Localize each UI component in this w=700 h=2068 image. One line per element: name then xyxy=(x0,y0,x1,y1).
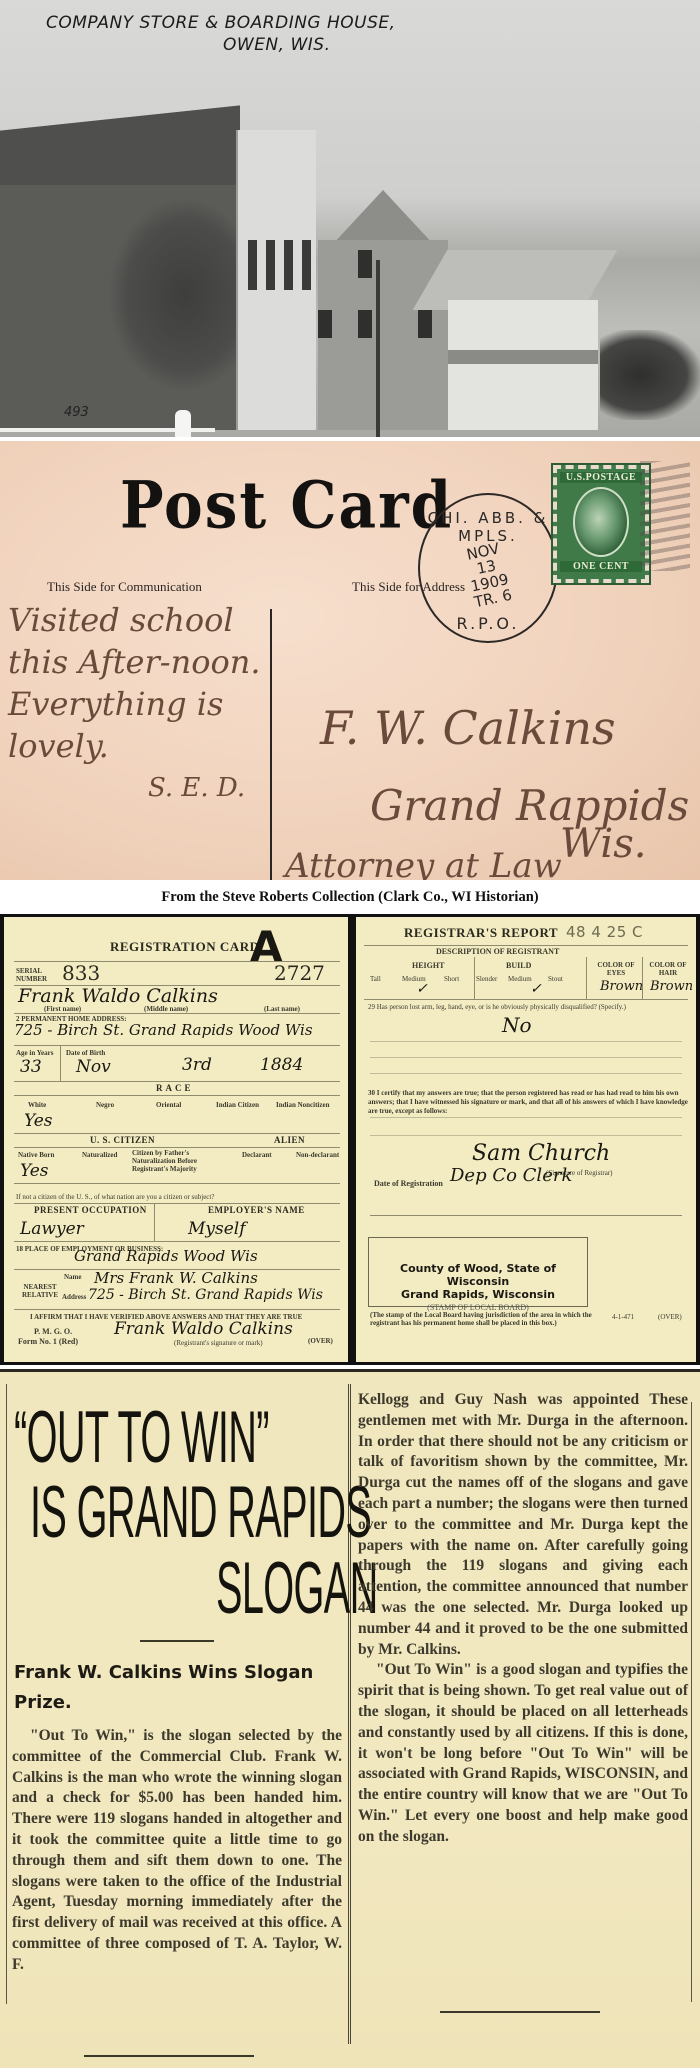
postcard-back: Post Card This Side for Communication Th… xyxy=(0,441,700,880)
age-label: Age in Years xyxy=(16,1049,53,1057)
name-caption: (First name) xyxy=(44,1005,81,1013)
name-caption: (Last name) xyxy=(264,1005,300,1013)
race-column: Indian Noncitizen xyxy=(276,1101,329,1109)
addressee-name: F. W. Calkins xyxy=(320,701,616,755)
certify-text: 30 I certify that my answers are true; t… xyxy=(368,1089,688,1116)
dob-label: Date of Birth xyxy=(66,1049,105,1057)
window xyxy=(266,240,275,290)
report-code: 48 4 25 C xyxy=(566,923,643,941)
window xyxy=(248,240,257,290)
message-line: lovely. xyxy=(8,725,261,767)
citizen-column: Naturalized xyxy=(82,1151,117,1159)
dob-month: Nov xyxy=(76,1057,111,1077)
build-check: ✓ xyxy=(530,981,542,997)
message-line: Everything is xyxy=(8,683,261,725)
stamp-bottom-text: ONE CENT xyxy=(560,561,642,572)
citizen-column: Non-declarant xyxy=(296,1151,339,1159)
end-rule xyxy=(440,2011,600,2013)
registrar-role: Dep Co Clerk xyxy=(450,1165,572,1186)
window xyxy=(302,240,311,290)
addressee-state: Wis. xyxy=(560,821,646,867)
message-line: Visited school xyxy=(8,599,261,641)
occupation-value: Lawyer xyxy=(20,1219,84,1239)
build-column: Stout xyxy=(548,975,563,983)
employer-value: Myself xyxy=(188,1219,246,1239)
eyes-label: COLOR OF EYES xyxy=(596,961,636,977)
store-facade xyxy=(236,130,316,430)
relative-name-label: Name xyxy=(64,1273,82,1281)
race-label: RACE xyxy=(156,1083,194,1093)
article-column-2: Kellogg and Guy Nash was appointed These… xyxy=(358,1390,688,1848)
disability-answer: No xyxy=(502,1013,532,1037)
stamp-top-text: U.S.POSTAGE xyxy=(560,472,642,483)
photo-caption: COMPANY STORE & BOARDING HOUSE, OWEN, WI… xyxy=(46,12,396,56)
handwritten-message: Visited school this After-noon. Everythi… xyxy=(8,599,261,809)
registrar-report: REGISTRAR'S REPORT 48 4 25 C DESCRIPTION… xyxy=(356,917,696,1362)
order-number: 2727 xyxy=(274,961,325,985)
headline-line-2: IS GRAND RAPIDS xyxy=(30,1469,371,1554)
us-citizen-label: U. S. CITIZEN xyxy=(90,1135,155,1145)
card-number: 493 xyxy=(64,405,89,420)
telegraph-pole xyxy=(376,260,380,437)
column-rule xyxy=(6,1384,7,2004)
over-label: (OVER) xyxy=(658,1313,682,1321)
citizen-column: Native Born xyxy=(18,1151,54,1159)
place-value: Grand Rapids Wood Wis xyxy=(74,1247,258,1265)
race-column: White xyxy=(28,1101,46,1109)
relative-address-label: Address xyxy=(62,1293,86,1301)
postmark-icon: CHI. ABB. & MPLS. NOV 13 1909 TR. 6 R.P.… xyxy=(418,493,558,643)
article-paragraph: "Out To Win" is a good slogan and typifi… xyxy=(358,1660,688,1847)
boarding-house-building xyxy=(318,240,448,430)
form-id-line1: P. M. G. O. xyxy=(34,1327,72,1336)
communication-label: This Side for Communication xyxy=(47,579,202,595)
home-address: 725 - Birch St. Grand Rapids Wood Wis xyxy=(14,1021,313,1039)
newspaper-clipping: “OUT TO WIN” IS GRAND RAPIDS SLOGAN Fran… xyxy=(0,1369,700,2068)
boarding-house-wing xyxy=(448,300,598,430)
board-stamp-line2: Grand Rapids, Wisconsin xyxy=(369,1288,587,1301)
serial-number: 833 xyxy=(62,961,100,985)
message-signature: S. E. D. xyxy=(8,767,261,809)
message-line: this After-noon. xyxy=(8,641,261,683)
citizen-column: Citizen by Father's Naturalization Befor… xyxy=(132,1149,232,1173)
draft-registration-cards: REGISTRATION CARD A SERIAL NUMBER 833 27… xyxy=(0,914,700,1365)
subheadline: Frank W. Calkins Wins Slogan Prize. xyxy=(14,1658,344,1718)
height-column: Tall xyxy=(370,975,381,983)
headline-line-1: “OUT TO WIN” xyxy=(14,1394,269,1479)
description-label: DESCRIPTION OF REGISTRANT xyxy=(436,947,559,956)
occupation-label: PRESENT OCCUPATION xyxy=(34,1205,147,1215)
race-column: Oriental xyxy=(156,1101,181,1109)
registration-card-title: REGISTRATION CARD xyxy=(110,939,259,955)
postage-stamp-icon: U.S.POSTAGE ONE CENT xyxy=(553,465,649,583)
window xyxy=(358,310,372,338)
name-caption: (Middle name) xyxy=(144,1005,188,1013)
relative-address: 725 - Birch St. Grand Rapids Wis xyxy=(88,1287,323,1303)
hair-color-value: Brown xyxy=(650,979,693,994)
alien-label: ALIEN xyxy=(274,1135,305,1145)
form-id-line2: Form No. 1 (Red) xyxy=(18,1337,78,1346)
caption-line-2: OWEN, WIS. xyxy=(46,34,396,56)
dob-year: 1884 xyxy=(260,1055,303,1075)
end-rule xyxy=(84,2055,254,2057)
collection-caption: From the Steve Roberts Collection (Clark… xyxy=(0,880,700,914)
window xyxy=(318,310,332,338)
date-of-registration-label: Date of Registration xyxy=(374,1179,443,1188)
article-paragraph: Kellogg and Guy Nash was appointed These… xyxy=(358,1390,688,1660)
native-born-value: Yes xyxy=(20,1161,49,1181)
hair-label: COLOR OF HAIR xyxy=(648,961,688,977)
eye-color-value: Brown xyxy=(600,979,643,994)
board-stamp-line1: County of Wood, State of Wisconsin xyxy=(369,1262,587,1288)
signature-caption: (Registrant's signature or mark) xyxy=(174,1339,263,1347)
citizen-column: Declarant xyxy=(242,1151,272,1159)
headline-line-3: SLOGAN xyxy=(216,1545,378,1630)
porch-roof xyxy=(448,350,598,364)
height-label: HEIGHT xyxy=(412,961,444,970)
form-code: 4-1-471 xyxy=(612,1313,634,1321)
addressee-title: Attorney at Law xyxy=(285,846,562,880)
photo-postcard-company-store: COMPANY STORE & BOARDING HOUSE, OWEN, WI… xyxy=(0,0,700,437)
registrant-signature: Frank Waldo Calkins xyxy=(114,1319,293,1339)
article-column-1: "Out To Win," is the slogan selected by … xyxy=(12,1726,342,1976)
disability-question: 29 Has person lost arm, leg, hand, eye, … xyxy=(368,1003,688,1012)
age-value: 33 xyxy=(20,1057,42,1077)
nearest-relative-label: NEAREST RELATIVE xyxy=(20,1283,60,1299)
caption-line-1: COMPANY STORE & BOARDING HOUSE, xyxy=(46,13,396,33)
relative-name: Mrs Frank W. Calkins xyxy=(94,1269,258,1287)
race-white-value: Yes xyxy=(24,1111,53,1131)
postcard-title: Post Card xyxy=(120,467,453,543)
employer-label: EMPLOYER'S NAME xyxy=(208,1205,305,1215)
dob-day: 3rd xyxy=(182,1055,212,1075)
postmark-rpo: R.P.O. xyxy=(420,614,556,633)
registrar-report-title: REGISTRAR'S REPORT xyxy=(404,925,558,941)
build-label: BUILD xyxy=(506,961,531,970)
registrant-name: Frank Waldo Calkins xyxy=(18,985,218,1007)
registration-card-front: REGISTRATION CARD A SERIAL NUMBER 833 27… xyxy=(4,917,348,1362)
window xyxy=(358,250,372,278)
build-column: Medium xyxy=(508,975,532,983)
window xyxy=(284,240,293,290)
nation-question: If not a citizen of the U. S., of what n… xyxy=(16,1193,214,1201)
window xyxy=(418,310,432,338)
build-column: Slender xyxy=(476,975,497,983)
woman-figure xyxy=(175,410,191,437)
franklin-portrait-icon xyxy=(573,487,629,557)
race-column: Negro xyxy=(96,1101,114,1109)
cancellation-lines xyxy=(640,461,690,571)
article-paragraph: "Out To Win," is the slogan selected by … xyxy=(12,1726,342,1976)
serial-label: SERIAL NUMBER xyxy=(16,967,52,983)
postcard-divider xyxy=(270,609,272,880)
stamp-note: (The stamp of the Local Board having jur… xyxy=(370,1311,600,1327)
height-check: ✓ xyxy=(416,981,428,997)
over-label: (OVER) xyxy=(308,1337,333,1345)
local-board-stamp: County of Wood, State of Wisconsin Grand… xyxy=(368,1237,588,1307)
height-column: Short xyxy=(444,975,459,983)
trees xyxy=(600,330,700,420)
race-column: Indian Citizen xyxy=(216,1101,259,1109)
headline-rule xyxy=(140,1640,214,1642)
registrar-signature: Sam Church xyxy=(472,1141,610,1166)
column-rule xyxy=(691,1402,692,2002)
